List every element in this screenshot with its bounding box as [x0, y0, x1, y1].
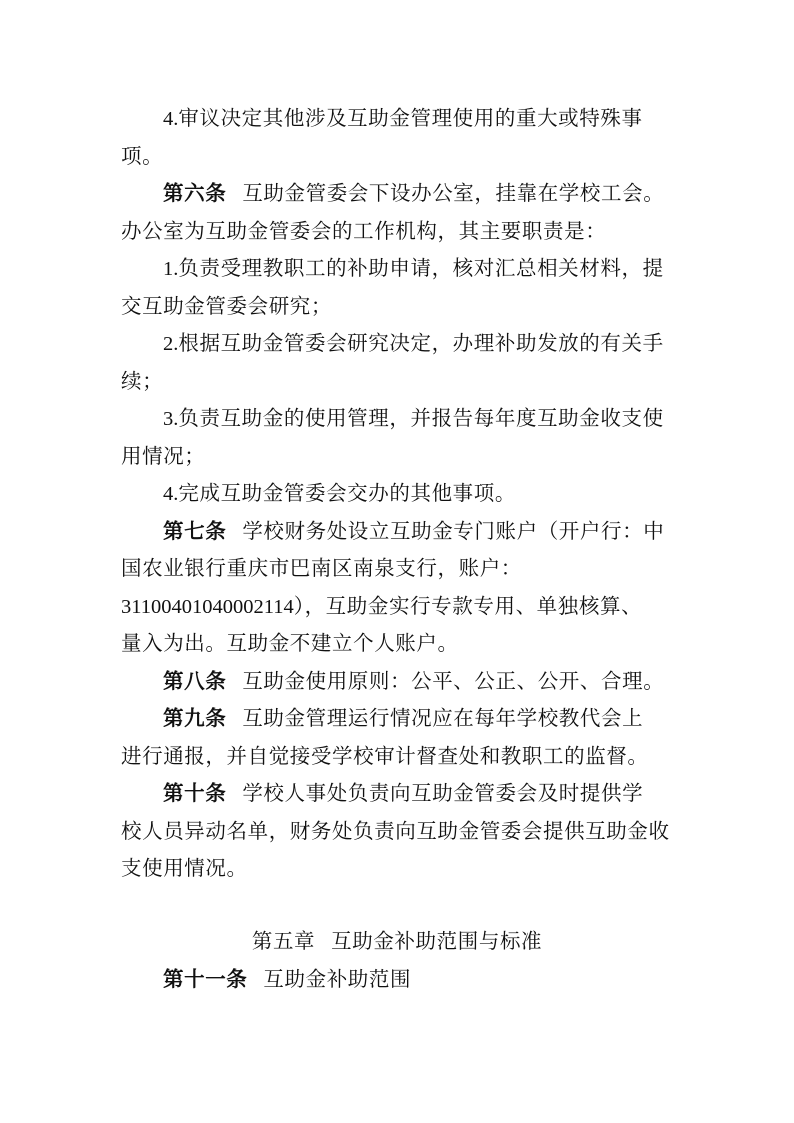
item-text: 审议决定其他涉及互助金管理使用的重大或特殊事	[178, 106, 642, 130]
chapter-text: 互助金补助范围与标准	[331, 929, 542, 953]
item-text: 项。	[121, 144, 163, 168]
article-6: 第六条互助金管委会下设办公室，挂靠在学校工会。	[163, 181, 664, 205]
text-line: 校人员异动名单，财务处负责向互助金管委会提供互助金收	[121, 819, 670, 843]
article-9: 第九条互助金管理运行情况应在每年学校教代会上	[163, 706, 643, 730]
text-line: 31100401040002114），互助金实行专款专用、单独核算、	[121, 594, 642, 619]
item-text: 量入为出。互助金不建立个人账户。	[121, 631, 459, 655]
article-text: 互助金使用原则：公平、公正、公开、合理。	[242, 669, 664, 693]
item-number: 4.	[163, 108, 178, 130]
article-heading: 第十一条	[163, 967, 247, 991]
item-text: 用情况；	[121, 444, 205, 468]
item-text: 续；	[121, 369, 163, 393]
article-text: 学校人事处负责向互助金管委会及时提供学	[242, 781, 643, 805]
text-line: 交互助金管委会研究；	[121, 294, 332, 318]
text-line: 用情况；	[121, 444, 205, 468]
list-item: 3.负责互助金的使用管理，并报告每年度互助金收支使	[163, 406, 664, 431]
item-text: 交互助金管委会研究；	[121, 294, 332, 318]
list-item: 1.负责受理教职工的补助申请，核对汇总相关材料，提	[163, 256, 664, 281]
text-line: 支使用情况。	[121, 856, 248, 880]
article-10: 第十条学校人事处负责向互助金管委会及时提供学	[163, 781, 643, 805]
text-line: 续；	[121, 369, 163, 393]
article-heading: 第七条	[163, 519, 226, 543]
item-text: 负责受理教职工的补助申请，核对汇总相关材料，提	[178, 256, 663, 280]
item-text: 完成互助金管委会交办的其他事项。	[178, 481, 516, 505]
item-text: 支使用情况。	[121, 856, 248, 880]
item-number: 2.	[163, 333, 178, 355]
list-item: 4.审议决定其他涉及互助金管理使用的重大或特殊事	[163, 106, 643, 131]
item-text: 办公室为互助金管委会的工作机构，其主要职责是：	[121, 219, 606, 243]
item-number: 1.	[163, 258, 178, 280]
article-heading: 第十条	[163, 781, 226, 805]
article-heading: 第九条	[163, 706, 226, 730]
list-item: 2.根据互助金管委会研究决定，办理补助发放的有关手	[163, 331, 664, 356]
item-number: 3.	[163, 408, 178, 430]
text-line: 项。	[121, 144, 163, 168]
item-text: ），互助金实行专款专用、单独核算、	[294, 594, 642, 618]
item-text: 校人员异动名单，财务处负责向互助金管委会提供互助金收	[121, 819, 670, 843]
chapter-number: 第五章	[252, 929, 315, 953]
account-number: 31100401040002114	[121, 596, 294, 618]
article-text: 互助金补助范围	[263, 967, 411, 991]
text-line: 量入为出。互助金不建立个人账户。	[121, 631, 459, 655]
item-text: 根据互助金管委会研究决定，办理补助发放的有关手	[178, 331, 663, 355]
article-11: 第十一条互助金补助范围	[163, 967, 411, 991]
item-text: 负责互助金的使用管理，并报告每年度互助金收支使	[178, 406, 663, 430]
article-text: 互助金管委会下设办公室，挂靠在学校工会。	[242, 181, 664, 205]
text-line: 办公室为互助金管委会的工作机构，其主要职责是：	[121, 219, 606, 243]
article-heading: 第八条	[163, 669, 226, 693]
document-page: 4.审议决定其他涉及互助金管理使用的重大或特殊事 项。 第六条互助金管委会下设办…	[0, 0, 794, 1123]
text-line: 国农业银行重庆市巴南区南泉支行，账户：	[121, 556, 522, 580]
article-text: 互助金管理运行情况应在每年学校教代会上	[242, 706, 643, 730]
article-heading: 第六条	[163, 181, 226, 205]
item-text: 国农业银行重庆市巴南区南泉支行，账户：	[121, 556, 522, 580]
article-text: 学校财务处设立互助金专门账户（开户行：中	[242, 519, 664, 543]
text-line: 进行通报，并自觉接受学校审计督查处和教职工的监督。	[121, 744, 649, 768]
article-7: 第七条学校财务处设立互助金专门账户（开户行：中	[163, 519, 664, 543]
item-number: 4.	[163, 483, 178, 505]
list-item: 4.完成互助金管委会交办的其他事项。	[163, 481, 516, 506]
item-text: 进行通报，并自觉接受学校审计督查处和教职工的监督。	[121, 744, 649, 768]
article-8: 第八条互助金使用原则：公平、公正、公开、合理。	[163, 669, 664, 693]
chapter-title: 第五章互助金补助范围与标准	[0, 929, 794, 953]
